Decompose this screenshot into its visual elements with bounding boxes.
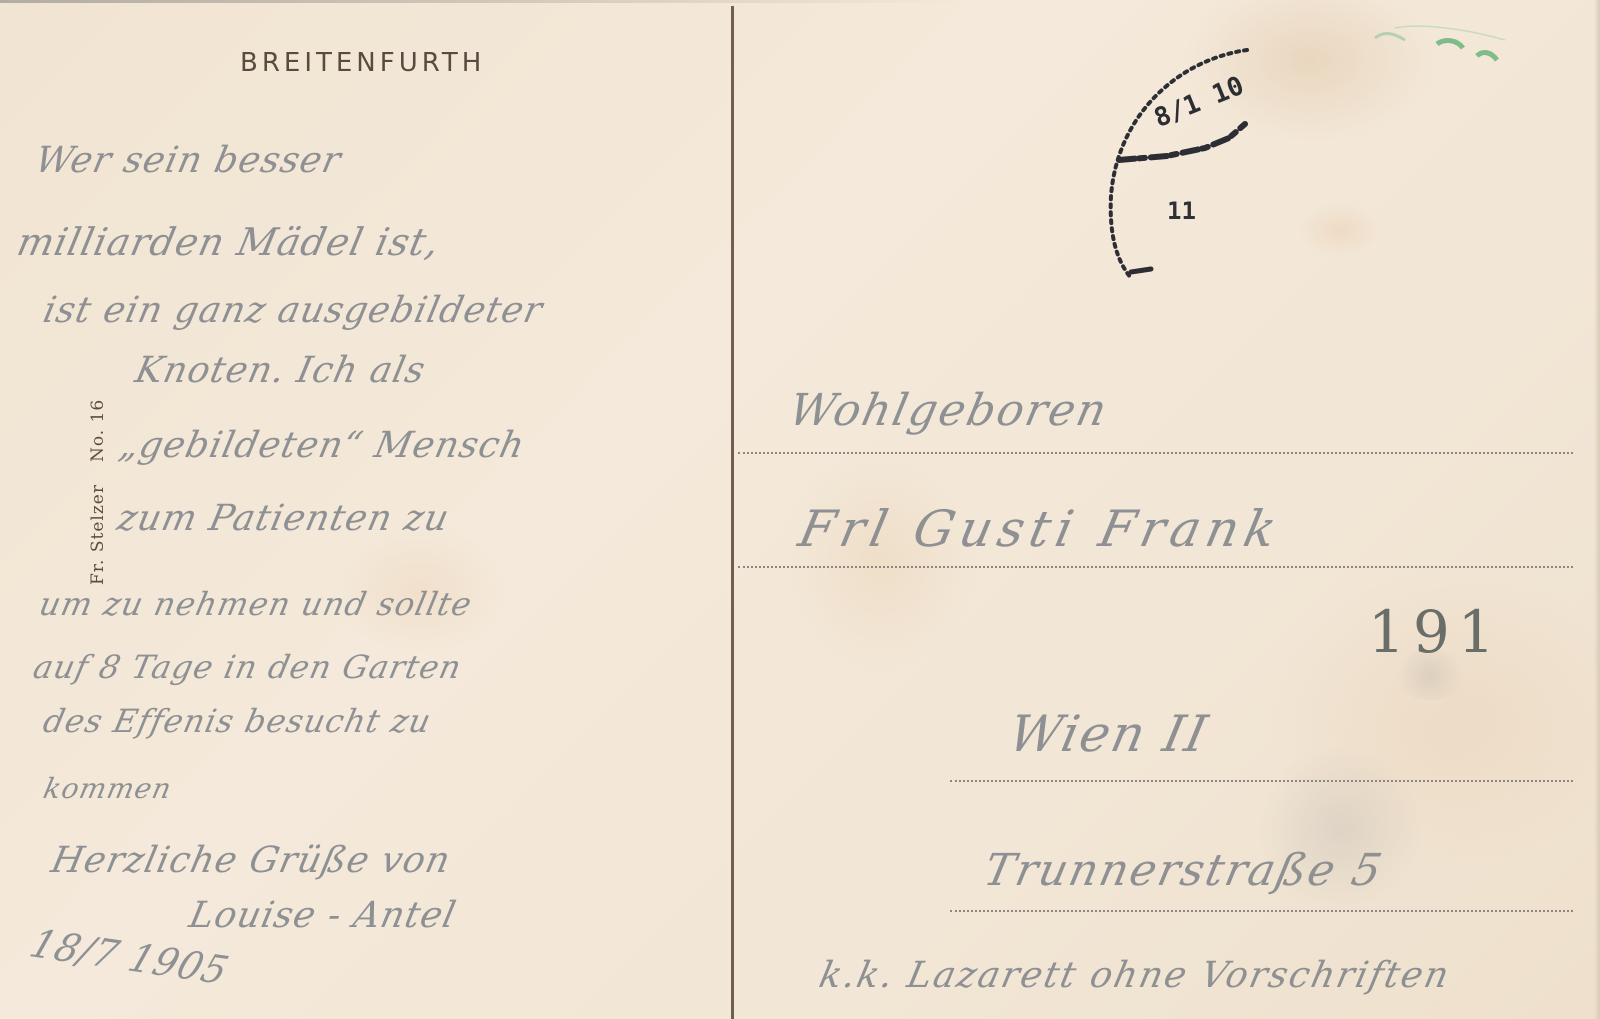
address-line-2 (738, 566, 1573, 568)
stamp-remnant (1365, 20, 1515, 70)
address-salutation: Wohlgeboren (785, 385, 1113, 436)
publisher-number: No. 16 (88, 399, 108, 462)
address-note: k.k. Lazarett ohne Vorschriften (816, 955, 1455, 996)
postmark-cancellation (1107, 46, 1437, 296)
place-title: BREITENFURTH (240, 48, 485, 78)
message-line: „gebildeten“ Mensch (116, 425, 529, 466)
card-right-edge (1594, 0, 1600, 1019)
address-line-3 (950, 780, 1573, 782)
address-line-4 (950, 910, 1573, 912)
publisher-imprint: Fr. StelzerNo. 16 (88, 399, 108, 585)
message-line: des Effenis besucht zu (40, 702, 435, 740)
publisher-name: Fr. Stelzer (88, 484, 108, 585)
closing-greeting: Herzliche Grüße von (48, 840, 455, 881)
ink-smudge (1390, 650, 1470, 700)
address-city: Wien II (1004, 705, 1214, 763)
message-line: ist ein ganz ausgebildeter (40, 290, 547, 331)
address-recipient: Frl Gusti Frank (794, 500, 1288, 558)
message-line: milliarden Mädel ist, (13, 220, 444, 264)
message-line: kommen (40, 772, 175, 805)
message-line: auf 8 Tage in den Garten (30, 648, 465, 686)
message-line: Knoten. Ich als (132, 350, 430, 391)
ink-smudge (1260, 740, 1420, 920)
postcard-back: BREITENFURTH Fr. StelzerNo. 16 Wer sein … (0, 0, 1600, 1019)
message-line: Wer sein besser (32, 140, 345, 181)
postmark-hour: 11 (1167, 197, 1196, 225)
message-line: zum Patienten zu (114, 498, 454, 539)
postmark-ring-icon (1107, 46, 1437, 296)
address-line-1 (738, 452, 1573, 454)
center-divider-line (731, 6, 734, 1019)
stamp-trace-icon (1365, 20, 1515, 70)
message-line: um zu nehmen und sollte (36, 585, 476, 623)
card-top-edge (0, 0, 1600, 3)
signature: Louise - Antel (186, 895, 460, 936)
